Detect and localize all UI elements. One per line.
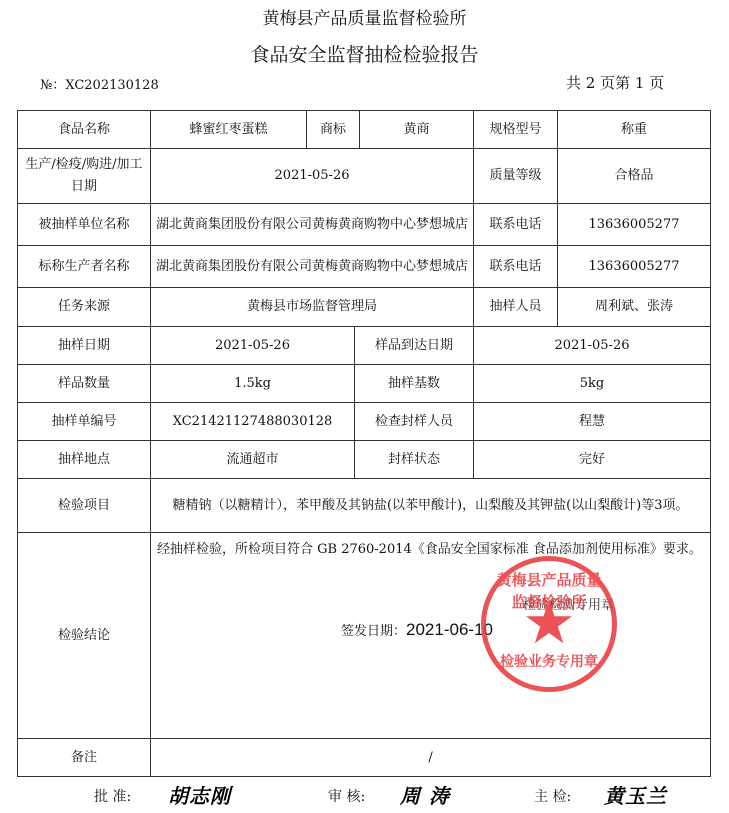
conclusion-cell: 经抽样检验，所检项目符合 GB 2760-2014《食品安全国家标准 食品添加剂… [151, 533, 711, 739]
brand-label: 商标 [307, 111, 360, 149]
grade-value: 合格品 [558, 149, 711, 204]
task-source-label: 任务来源 [18, 288, 151, 327]
date-label: 生产/检疫/购进/加工日期 [18, 149, 151, 204]
producer-value: 湖北黄商集团股份有限公司黄梅黄商购物中心梦想城店 [151, 246, 474, 288]
items-value: 糖精钠（以糖精计），苯甲酸及其钠盐(以苯甲酸计)，山梨酸及其钾盐(以山梨酸计)等… [151, 479, 711, 533]
sheet-no-label: 抽样单编号 [18, 403, 151, 441]
base-qty-label: 抽样基数 [355, 365, 474, 403]
approve-label: 批 准: [94, 786, 131, 806]
sealer-label: 检查封样人员 [355, 403, 474, 441]
official-seal: 黄梅县产品质量监督检验所 ★ 检验业务专用章 [481, 556, 617, 692]
table-row: 任务来源 黄梅县市场监督管理局 抽样人员 周利斌、张涛 [18, 288, 711, 327]
table-row: 被抽样单位名称 湖北黄商集团股份有限公司黄梅黄商购物中心梦想城店 联系电话 13… [18, 204, 711, 246]
samplers-label: 抽样人员 [474, 288, 558, 327]
table-row: 生产/检疫/购进/加工日期 2021-05-26 质量等级 合格品 [18, 149, 711, 204]
conclusion-text: 经抽样检验，所检项目符合 GB 2760-2014《食品安全国家标准 食品添加剂… [157, 537, 704, 563]
report-number: №：XC202130128 [40, 74, 159, 93]
table-row: 备注 / [18, 739, 711, 777]
phone-value-1: 13636005277 [558, 204, 711, 246]
date-value: 2021-05-26 [151, 149, 474, 204]
issue-date: 签发日期：2021-06-10 [341, 619, 493, 643]
sampling-date-label: 抽样日期 [18, 327, 151, 365]
table-row: 检验结论 经抽样检验，所检项目符合 GB 2760-2014《食品安全国家标准 … [18, 533, 711, 739]
spec-value: 称重 [558, 111, 711, 149]
food-name-label: 食品名称 [18, 111, 151, 149]
review-label: 审 核: [328, 786, 365, 806]
table-row: 抽样日期 2021-05-26 样品到达日期 2021-05-26 [18, 327, 711, 365]
sample-qty-label: 样品数量 [18, 365, 151, 403]
organization-name: 黄梅县产品质量监督检验所 [0, 4, 729, 29]
table-row: 抽样单编号 XC21421127488030128 检查封样人员 程慧 [18, 403, 711, 441]
star-icon: ★ [486, 593, 612, 653]
brand-value: 黄商 [360, 111, 474, 149]
signature-row: 批 准: 胡志刚 审 核: 周 涛 主 检: 黄玉兰 [0, 786, 729, 812]
task-source-value: 黄梅县市场监督管理局 [151, 288, 474, 327]
sealer-value: 程慧 [474, 403, 711, 441]
seal-status-label: 封样状态 [355, 441, 474, 479]
location-value: 流通超市 [151, 441, 355, 479]
issue-date-value: 2021-06-10 [406, 620, 493, 639]
review-signature: 周 涛 [400, 780, 450, 809]
arrival-date-label: 样品到达日期 [355, 327, 474, 365]
report-number-value: XC202130128 [65, 78, 158, 93]
seal-bottom-text: 检验业务专用章 [486, 651, 612, 673]
sampling-date-value: 2021-05-26 [151, 327, 355, 365]
food-name-value: 蜂蜜红枣蛋糕 [151, 111, 307, 149]
arrival-date-value: 2021-05-26 [474, 327, 711, 365]
spec-label: 规格型号 [474, 111, 558, 149]
inspector-signature: 黄玉兰 [604, 780, 667, 809]
table-row: 检验项目 糖精钠（以糖精计），苯甲酸及其钠盐(以苯甲酸计)，山梨酸及其钾盐(以山… [18, 479, 711, 533]
remarks-value: / [151, 739, 711, 777]
items-label: 检验项目 [18, 479, 151, 533]
remarks-label: 备注 [18, 739, 151, 777]
base-qty-value: 5kg [474, 365, 711, 403]
report-title: 食品安全监督抽检检验报告 [0, 40, 729, 67]
report-number-label: №： [40, 78, 65, 93]
location-label: 抽样地点 [18, 441, 151, 479]
table-row: 食品名称 蜂蜜红枣蛋糕 商标 黄商 规格型号 称重 [18, 111, 711, 149]
sample-qty-value: 1.5kg [151, 365, 355, 403]
report-table: 食品名称 蜂蜜红枣蛋糕 商标 黄商 规格型号 称重 生产/检疫/购进/加工日期 … [17, 110, 711, 777]
phone-value-2: 13636005277 [558, 246, 711, 288]
sheet-no-value: XC21421127488030128 [151, 403, 355, 441]
phone-label-2: 联系电话 [474, 246, 558, 288]
seal-status-value: 完好 [474, 441, 711, 479]
sampled-unit-value: 湖北黄商集团股份有限公司黄梅黄商购物中心梦想城店 [151, 204, 474, 246]
phone-label-1: 联系电话 [474, 204, 558, 246]
page-count: 共 2 页第 1 页 [566, 72, 664, 93]
producer-label: 标称生产者名称 [18, 246, 151, 288]
table-row: 标称生产者名称 湖北黄商集团股份有限公司黄梅黄商购物中心梦想城店 联系电话 13… [18, 246, 711, 288]
table-row: 抽样地点 流通超市 封样状态 完好 [18, 441, 711, 479]
samplers-value: 周利斌、张涛 [558, 288, 711, 327]
inspector-label: 主 检: [534, 786, 571, 806]
sampled-unit-label: 被抽样单位名称 [18, 204, 151, 246]
approve-signature: 胡志刚 [168, 780, 231, 809]
conclusion-label: 检验结论 [18, 533, 151, 739]
table-row: 样品数量 1.5kg 抽样基数 5kg [18, 365, 711, 403]
grade-label: 质量等级 [474, 149, 558, 204]
issue-date-label: 签发日期： [341, 624, 406, 639]
